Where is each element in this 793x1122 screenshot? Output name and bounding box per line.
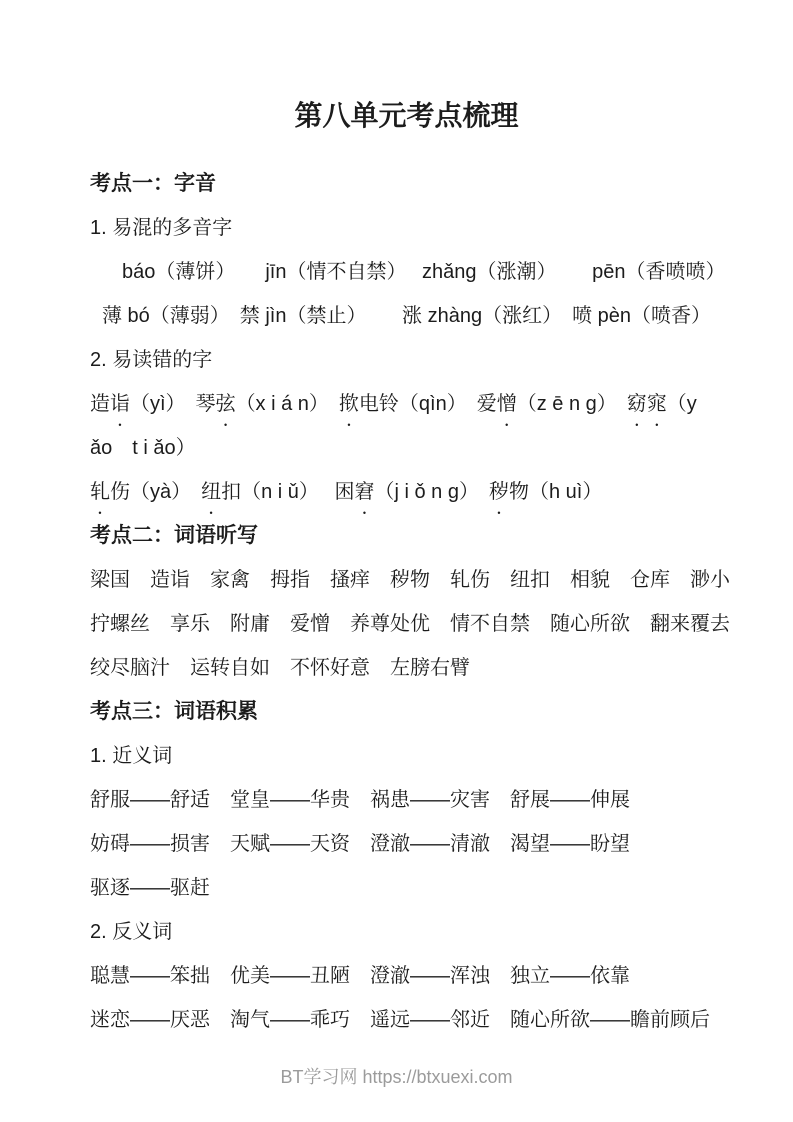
emphasis-dot-char: 弦 [216,382,236,426]
synonym-row-1: 舒服——舒适 堂皇——华贵 祸患——灾害 舒展——伸展 [90,778,723,822]
section3-item1-label: 1. 近义词 [90,734,723,778]
synonym-row-2: 妨碍——损害 天赋——天资 澄澈——清澈 渴望——盼望 [90,822,723,866]
multi-tone-row-2: 薄 bó（薄弱） 禁 jìn（禁止） 涨 zhàng（涨红） 喷 pèn（喷香） [90,294,723,338]
synonym-row-3: 驱逐——驱赶 [90,866,723,910]
misread-row-3: 轧伤（yà） 纽扣（n i ǔ） 困窘（j i ǒ n g） 秽物（h uì） [90,470,723,514]
section1-heading: 考点一：字音 [90,162,723,206]
emphasis-dot-char: 揿 [339,382,359,426]
footer-watermark: BT学习网 https://btxuexi.com [0,1064,793,1090]
emphasis-dot-char: 轧 [90,470,110,514]
misread-row-1: 造诣（yì） 琴弦（x i á n） 揿电铃（qìn） 爱憎（z ē n g） … [90,382,723,426]
antonym-row-2: 迷恋——厌恶 淘气——乖巧 遥远——邻近 随心所欲——瞻前顾后 [90,998,723,1042]
dictation-row-2: 拧螺丝 享乐 附庸 爱憎 养尊处优 情不自禁 随心所欲 翻来覆去 [90,602,723,646]
multi-tone-row-1: báo（薄饼） jīn（情不自禁） zhǎng（涨潮） pēn（香喷喷） [90,250,723,294]
emphasis-dot-char: 诣 [110,382,130,426]
emphasis-dot-char: 憎 [497,382,517,426]
emphasis-dot-char: 纽 [201,470,221,514]
dictation-row-3: 绞尽脑汁 运转自如 不怀好意 左膀右臂 [90,646,723,690]
emphasis-dot-char: 窕 [647,382,667,426]
antonym-row-1: 聪慧——笨拙 优美——丑陋 澄澈——浑浊 独立——依靠 [90,954,723,998]
section1-item2-label: 2. 易读错的字 [90,338,723,382]
emphasis-dot-char: 秽 [489,470,509,514]
section1-item1-label: 1. 易混的多音字 [90,206,723,250]
dictation-row-1: 梁国 造诣 家禽 拇指 搔痒 秽物 轧伤 纽扣 相貌 仓库 渺小 [90,558,723,602]
page-title: 第八单元考点梳理 [90,98,723,134]
misread-row-2: ǎo t i ǎo） [90,426,723,470]
section3-item2-label: 2. 反义词 [90,910,723,954]
section3-heading: 考点三：词语积累 [90,690,723,734]
section2-heading: 考点二：词语听写 [90,514,723,558]
document-page: 第八单元考点梳理 考点一：字音 1. 易混的多音字 báo（薄饼） jīn（情不… [0,0,793,1042]
emphasis-dot-char: 窈 [627,382,647,426]
emphasis-dot-char: 窘 [354,470,374,514]
